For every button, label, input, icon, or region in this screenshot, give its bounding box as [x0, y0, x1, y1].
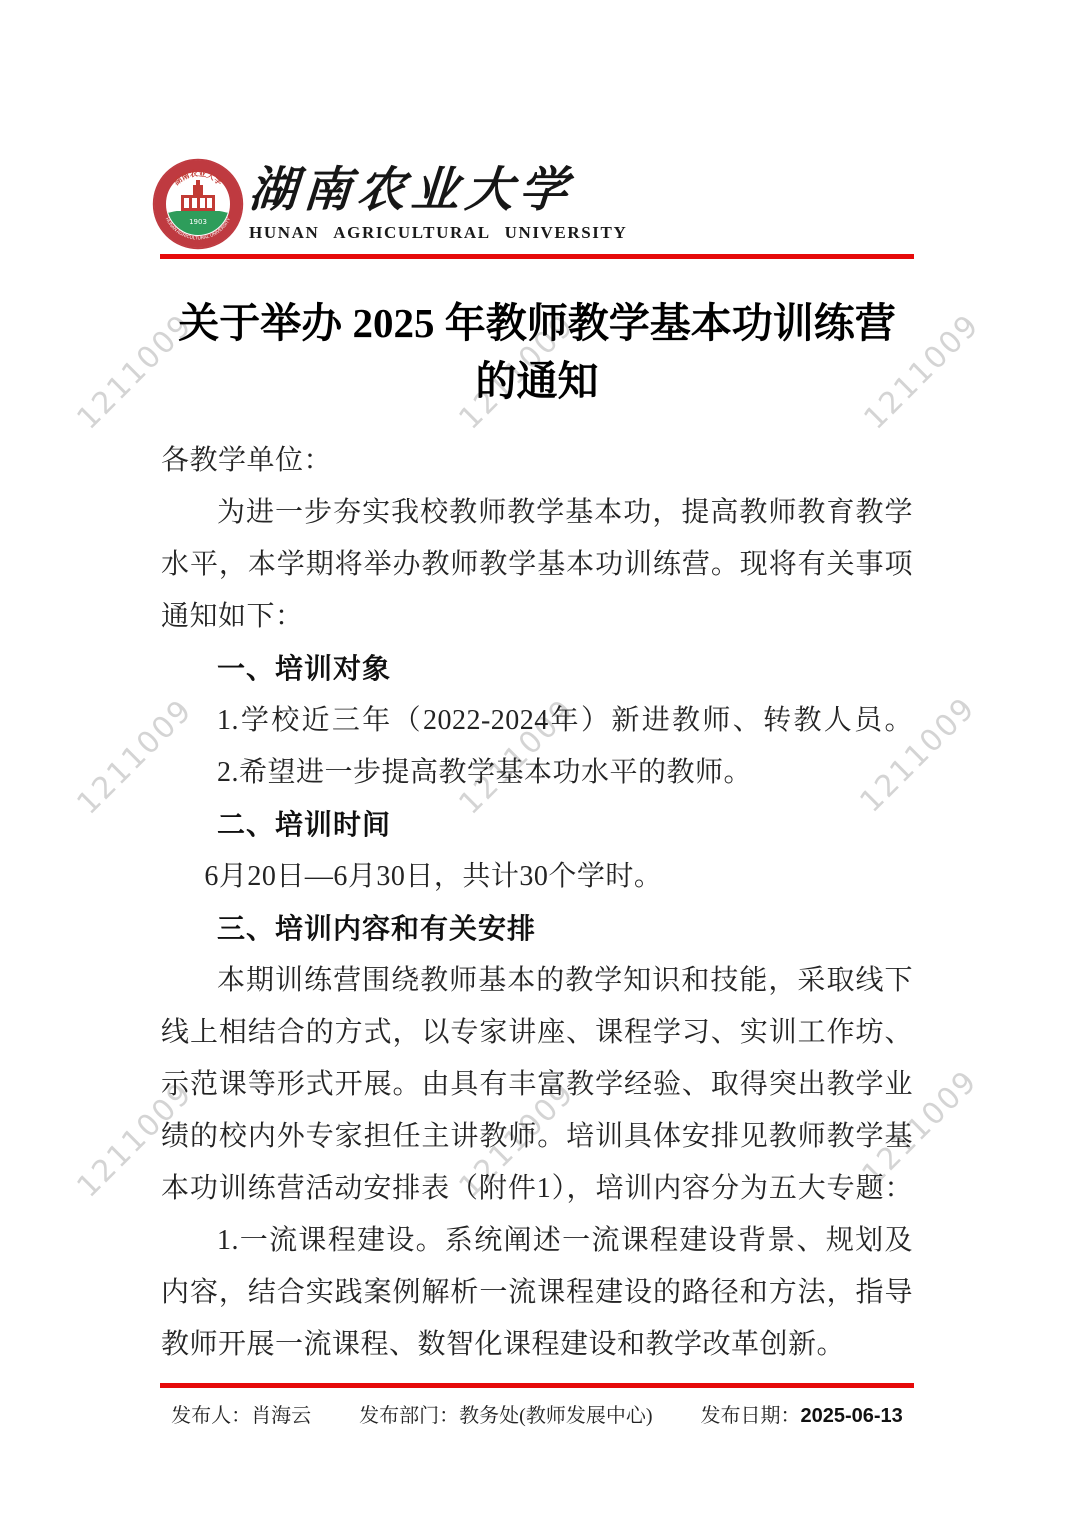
body-line: 通知如下： — [161, 591, 913, 643]
body-line: 绩的校内外专家担任主讲教师。培训具体安排见教师教学基 — [161, 1111, 913, 1163]
department-label: 发布部门： — [359, 1401, 459, 1431]
university-brand: 湖南农业大学 HUNAN AGRICULTURAL UNIVERSITY — [249, 162, 627, 243]
body-line: 水平，本学期将举办教师教学基本功训练营。现将有关事项 — [161, 539, 913, 591]
section-heading: 一、培训对象 — [161, 643, 913, 695]
university-name-calligraphy: 湖南农业大学 — [247, 162, 629, 220]
university-seal-icon: 1903 湖南农业大学 HUNAN AGRICULTURAL UNIVERSIT… — [152, 158, 244, 250]
notice-document-page: 1211009 1211009 1211009 1211009 1211009 … — [0, 0, 1074, 1520]
body-line: 6月20日—6月30日，共计30个学时。 — [161, 851, 913, 903]
header-divider — [160, 254, 914, 259]
university-name-english: HUNAN AGRICULTURAL UNIVERSITY — [249, 223, 627, 243]
body-line: 本功训练营活动安排表（附件1），培训内容分为五大专题： — [161, 1163, 913, 1215]
svg-text:1903: 1903 — [189, 218, 207, 226]
body-line: 为进一步夯实我校教师教学基本功，提高教师教育教学 — [161, 487, 913, 539]
footer-date: 发布日期： 2025-06-13 — [701, 1401, 903, 1431]
date-label: 发布日期： — [701, 1401, 801, 1431]
body-line: 1.一流课程建设。系统阐述一流课程建设背景、规划及 — [161, 1215, 913, 1267]
notice-body: 各教学单位： 为进一步夯实我校教师教学基本功，提高教师教育教学 水平，本学期将举… — [161, 435, 913, 1371]
footer-divider — [160, 1383, 914, 1388]
section-heading: 二、培训时间 — [161, 799, 913, 851]
document-content: 1903 湖南农业大学 HUNAN AGRICULTURAL UNIVERSIT… — [0, 0, 1074, 1520]
body-line: 教师开展一流课程、数智化课程建设和教学改革创新。 — [161, 1319, 913, 1371]
publisher-value: 肖海云 — [251, 1401, 311, 1431]
body-line: 本期训练营围绕教师基本的教学知识和技能，采取线下 — [161, 955, 913, 1007]
section-heading: 三、培训内容和有关安排 — [161, 903, 913, 955]
footer-publisher: 发布人： 肖海云 — [171, 1401, 311, 1431]
body-line: 示范课等形式开展。由具有丰富教学经验、取得突出教学业 — [161, 1059, 913, 1111]
notice-title: 关于举办 2025 年教师教学基本功训练营 的通知 — [120, 294, 954, 410]
body-line: 线上相结合的方式，以专家讲座、课程学习、实训工作坊、 — [161, 1007, 913, 1059]
body-line: 1.学校近三年（2022-2024年）新进教师、转教人员。 — [161, 695, 913, 747]
notice-footer: 发布人： 肖海云 发布部门： 教务处(教师发展中心) 发布日期： 2025-06… — [160, 1401, 914, 1431]
body-line: 各教学单位： — [161, 435, 913, 487]
department-value: 教务处(教师发展中心) — [459, 1401, 652, 1431]
notice-title-line-2: 的通知 — [120, 352, 954, 410]
body-line: 2.希望进一步提高教学基本功水平的教师。 — [161, 747, 913, 799]
date-value: 2025-06-13 — [801, 1401, 903, 1431]
footer-department: 发布部门： 教务处(教师发展中心) — [359, 1401, 652, 1431]
body-line: 内容，结合实践案例解析一流课程建设的路径和方法，指导 — [161, 1267, 913, 1319]
publisher-label: 发布人： — [171, 1401, 251, 1431]
notice-title-line-1: 关于举办 2025 年教师教学基本功训练营 — [120, 294, 954, 352]
